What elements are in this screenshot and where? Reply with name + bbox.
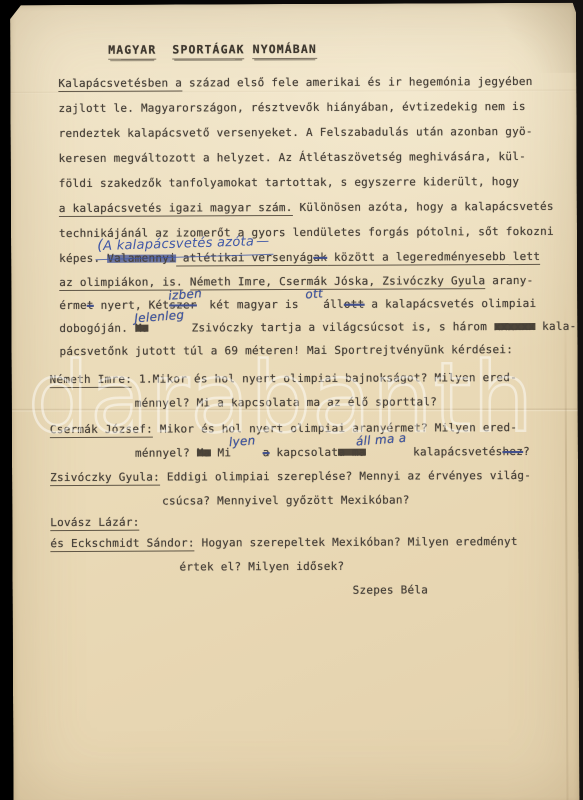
handwritten-annotation: lyen (229, 435, 256, 447)
typed-text: csúcsa? Mennyivel győzött Mexikóban? (162, 493, 409, 507)
handwritten-annotation: ott (305, 288, 323, 299)
typed-text: Mikor és hol nyert olimpiai aranyérmet? … (153, 421, 517, 436)
typed-text: ak (313, 251, 327, 266)
typed-text (256, 446, 263, 459)
typed-text: kala- (535, 320, 576, 333)
handwritten-insertion: A kalapácsvetés azóta (95, 228, 274, 260)
text-line: földi szakedzők tanfolyamokat tartottak,… (59, 169, 565, 196)
handwritten-annotation: Jelenleg (134, 310, 185, 324)
text-line: Lovász Lázár: (50, 512, 566, 532)
text-line: rendeztek kalapácsvető versenyeket. A Fe… (59, 119, 565, 146)
typed-text: ménnyel? Mi a kapcsolata ma az élő sport… (135, 395, 437, 409)
text-line: értek el? Milyen idősek? (179, 554, 566, 580)
typed-text: a kalapácsvetés olimpiai (365, 297, 537, 311)
typed-text: keresen megváltozott a helyzet. Az Átlét… (59, 150, 526, 165)
typed-text: zajlott le. Magyarországon, résztvevők h… (58, 100, 525, 115)
text-line: dobogóján. MaJelenleg Zsivóczky tartja a… (59, 315, 565, 340)
typed-text: Lovász Lázár: (50, 516, 139, 531)
typed-text: kalapácsvetés (406, 445, 502, 458)
text-line: Zsivóczky Gyula: Eddigi olimpiai szerepl… (50, 464, 566, 490)
typed-text: a kalapácsvetés igazi magyar szám. (59, 201, 293, 217)
text-line: csúcsa? Mennyivel győzött Mexikóban? (162, 488, 566, 514)
typed-text: áll (323, 298, 344, 311)
typed-text: Kalapácsvetésben a (58, 76, 182, 92)
scan-background: MAGYAR SPORTÁGAK NYOMÁBANKalapácsvetésbe… (0, 0, 583, 800)
typed-text: Ma (197, 446, 211, 459)
typed-text (156, 43, 172, 57)
paper: MAGYAR SPORTÁGAK NYOMÁBANKalapácsvetésbe… (10, 3, 579, 800)
typed-text: az olimpiákon, is. (59, 275, 183, 291)
document-lines: MAGYAR SPORTÁGAK NYOMÁBANKalapácsvetésbe… (10, 3, 579, 604)
text-line: ménnyel? Ma Milyen a kapcsolata maáll ma… (135, 440, 566, 466)
text-line: pácsvetőnk jutott túl a 69 méteren! Mai … (59, 338, 565, 363)
text-line: Csermák József: Mikor és hol nyert olimp… (50, 416, 566, 442)
text-line: keresen megváltozott a helyzet. Az Átlét… (59, 144, 565, 171)
text-line: Kalapácsvetésben a század első fele amer… (58, 69, 564, 96)
typed-text: SPORTÁGAK (172, 42, 244, 59)
text-line: a kalapácsvetés igazi magyar szám. Külön… (59, 194, 565, 221)
typed-text: ott (344, 298, 365, 311)
text-line: és Eckschmidt Sándor: Hogyan szerepeltek… (50, 530, 566, 556)
typed-text: kapcsolat (270, 446, 339, 459)
typed-text: dobogóján. (59, 322, 135, 335)
typed-text: Zsivóczky tartja a világcsúcsot is, s há… (185, 320, 494, 334)
typed-text: ? (523, 445, 530, 458)
typed-text: Eddigi olimpiai szereplése? Mennyi az ér… (160, 469, 531, 484)
document-title: MAGYAR SPORTÁGAK NYOMÁBAN (108, 41, 564, 57)
typed-text: NYOMÁBAN (253, 42, 317, 59)
text-line: zajlott le. Magyarországon, résztvevők h… (58, 94, 564, 121)
typed-text: Zsivóczky Gyula: (50, 471, 160, 486)
text-line: Németh Imre: 1.Mikor és hol nyert olimpi… (50, 366, 566, 392)
typed-text: között a legeredményesebb lett (327, 250, 540, 266)
typed-text: két magyar is (203, 298, 306, 311)
typed-text: földi szakedzők tanfolyamokat tartottak,… (59, 175, 520, 190)
typed-text: és Eckschmidt Sándor: (50, 536, 194, 552)
signature: Szepes Béla (353, 578, 567, 603)
typed-text: a (263, 446, 270, 459)
handwritten-annotation: izben (168, 288, 202, 300)
typed-text: Különösen azóta, hogy a kalapácsvetés (293, 200, 554, 214)
text-line: A kalapácsvetés azótaképes. Valamennyi a… (59, 244, 565, 271)
typed-text: Mi (211, 446, 232, 459)
typed-text: xxxxxx (494, 320, 535, 333)
typed-text: arany- (485, 274, 533, 287)
typed-text: rendeztek kalapácsvető versenyeket. A Fe… (59, 125, 533, 140)
typed-text: Szepes Béla (353, 583, 429, 596)
typed-text: Hogyan szerepeltek Mexikóban? Milyen ere… (195, 535, 518, 549)
typed-text: Németh Imre, Csermák Jóska, Zsivóczky Gy… (190, 274, 486, 290)
typed-text: értek el? Milyen idősek? (179, 560, 344, 574)
typed-text: hez (502, 445, 523, 458)
typed-text: Csermák József: (50, 423, 153, 438)
typed-text: Németh Imre: (50, 373, 133, 388)
handwritten-annotation: áll ma a (355, 433, 406, 447)
typed-text: század első fele amerikai és ir hegemóni… (182, 75, 533, 90)
typed-text: MAGYAR (108, 43, 156, 60)
typed-text: érme (59, 299, 87, 312)
typed-text: 1.Mikor és hol nyert olimpiai bajnokságo… (132, 371, 517, 386)
typed-text: pácsvetőnk jutott túl a 69 méteren! Mai … (59, 343, 513, 358)
text-line: ménnyel? Mi a kapcsolata ma az élő sport… (135, 390, 566, 416)
typed-text: ménnyel? (135, 446, 197, 459)
